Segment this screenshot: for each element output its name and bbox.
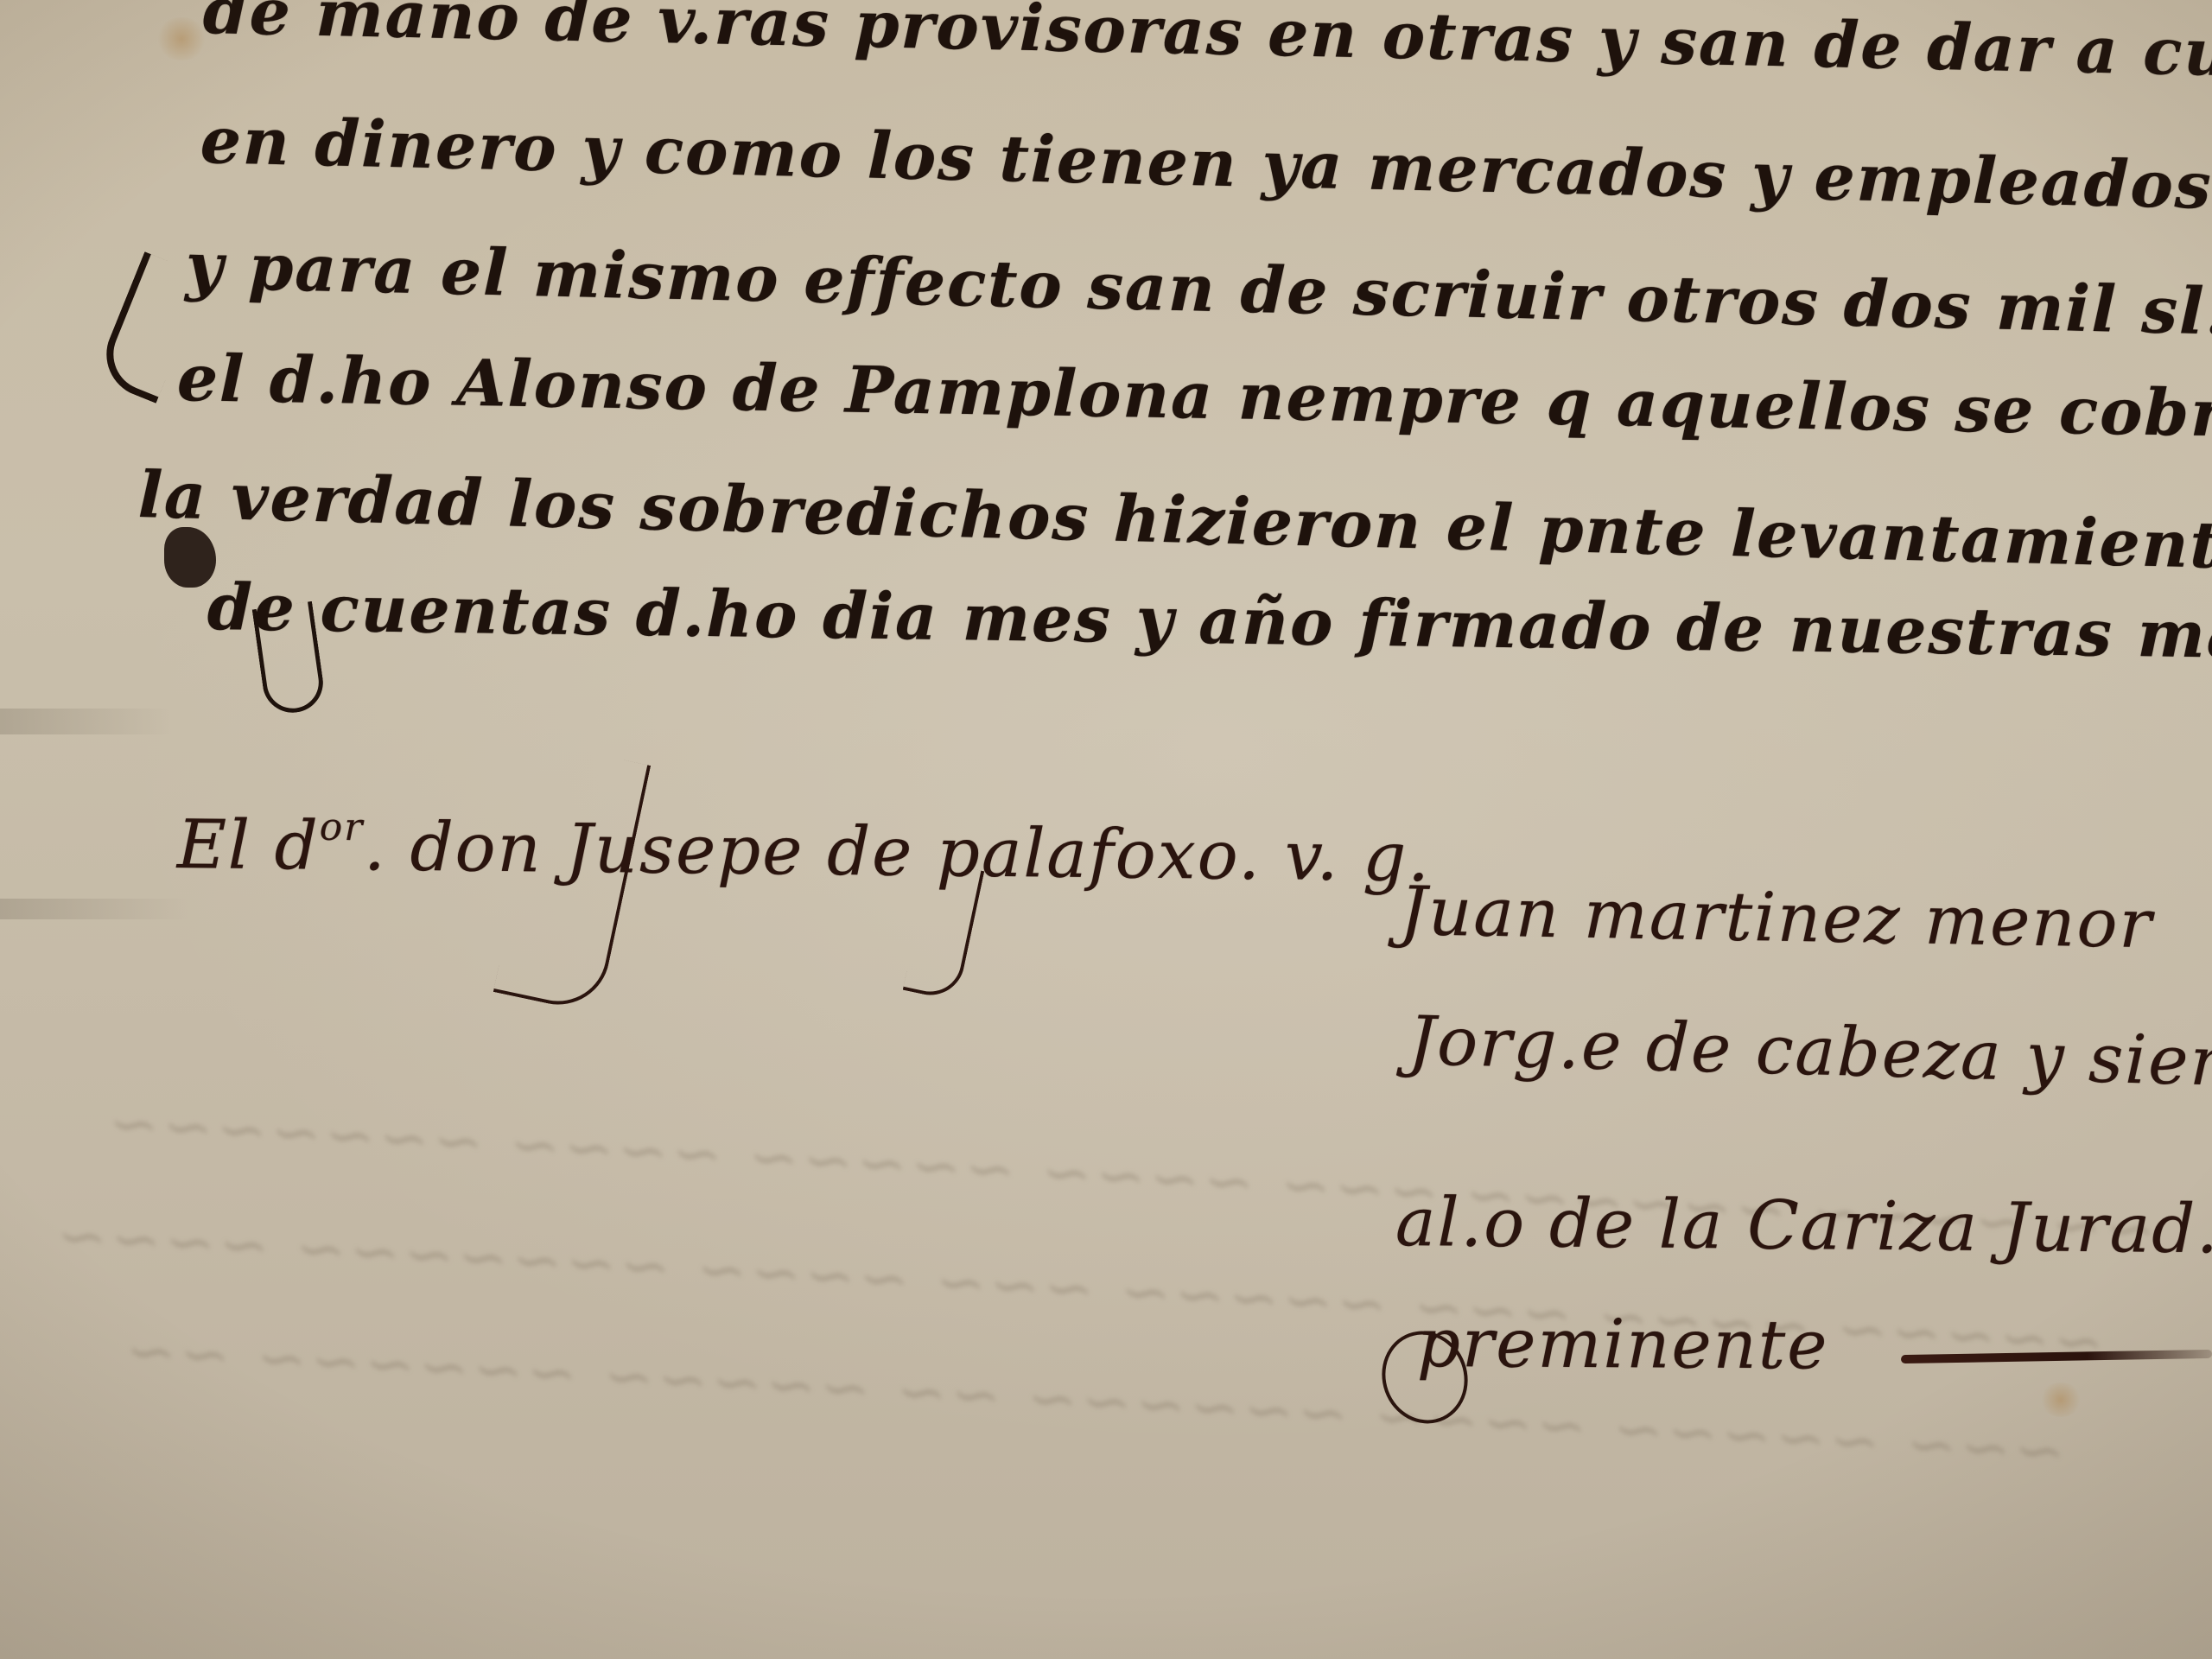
paper-fold-shadow [0, 709, 173, 734]
signature-left-superscript: or [320, 805, 365, 850]
body-line-1: de mano de v.ras provisoras en otras y s… [202, 0, 2212, 101]
body-line-2: en dinero y como los tienen ya mercados … [200, 104, 2212, 232]
body-line-4: el d.ho Alonso de Pamplona nempre q aque… [176, 341, 2212, 457]
paper-stain [2039, 1382, 2082, 1417]
paper-stain [156, 17, 207, 60]
signature-right-4: preminente [1417, 1305, 1829, 1384]
signature-right-3: al.o de la Cariza Jurad. [1395, 1184, 2212, 1268]
body-line-6: de cuentas d.ho dia mes y año firmado de… [207, 570, 2212, 675]
body-line-5: la verdad los sobredichos hizieron el pn… [137, 458, 2212, 585]
paper-fold-shadow [0, 899, 190, 919]
signature-right-1: Juan martinez menor [1399, 873, 2153, 963]
signature-left: El dor. don Jusepe de palafoxo. v. g. [177, 804, 1432, 897]
signature-left-prefix: El d [177, 806, 321, 886]
margin-flourish [164, 527, 216, 588]
body-line-3: y para el mismo effecto san de scriuir o… [185, 229, 2212, 358]
manuscript-page: ~~ ~~~~ ~~~~~~ ~~~ ~~~~ ~~~~~ ~~~~ ~~~~~… [0, 0, 2212, 1659]
signature-right-2: Jorg.e de cabeza y sierra [1408, 1002, 2212, 1103]
